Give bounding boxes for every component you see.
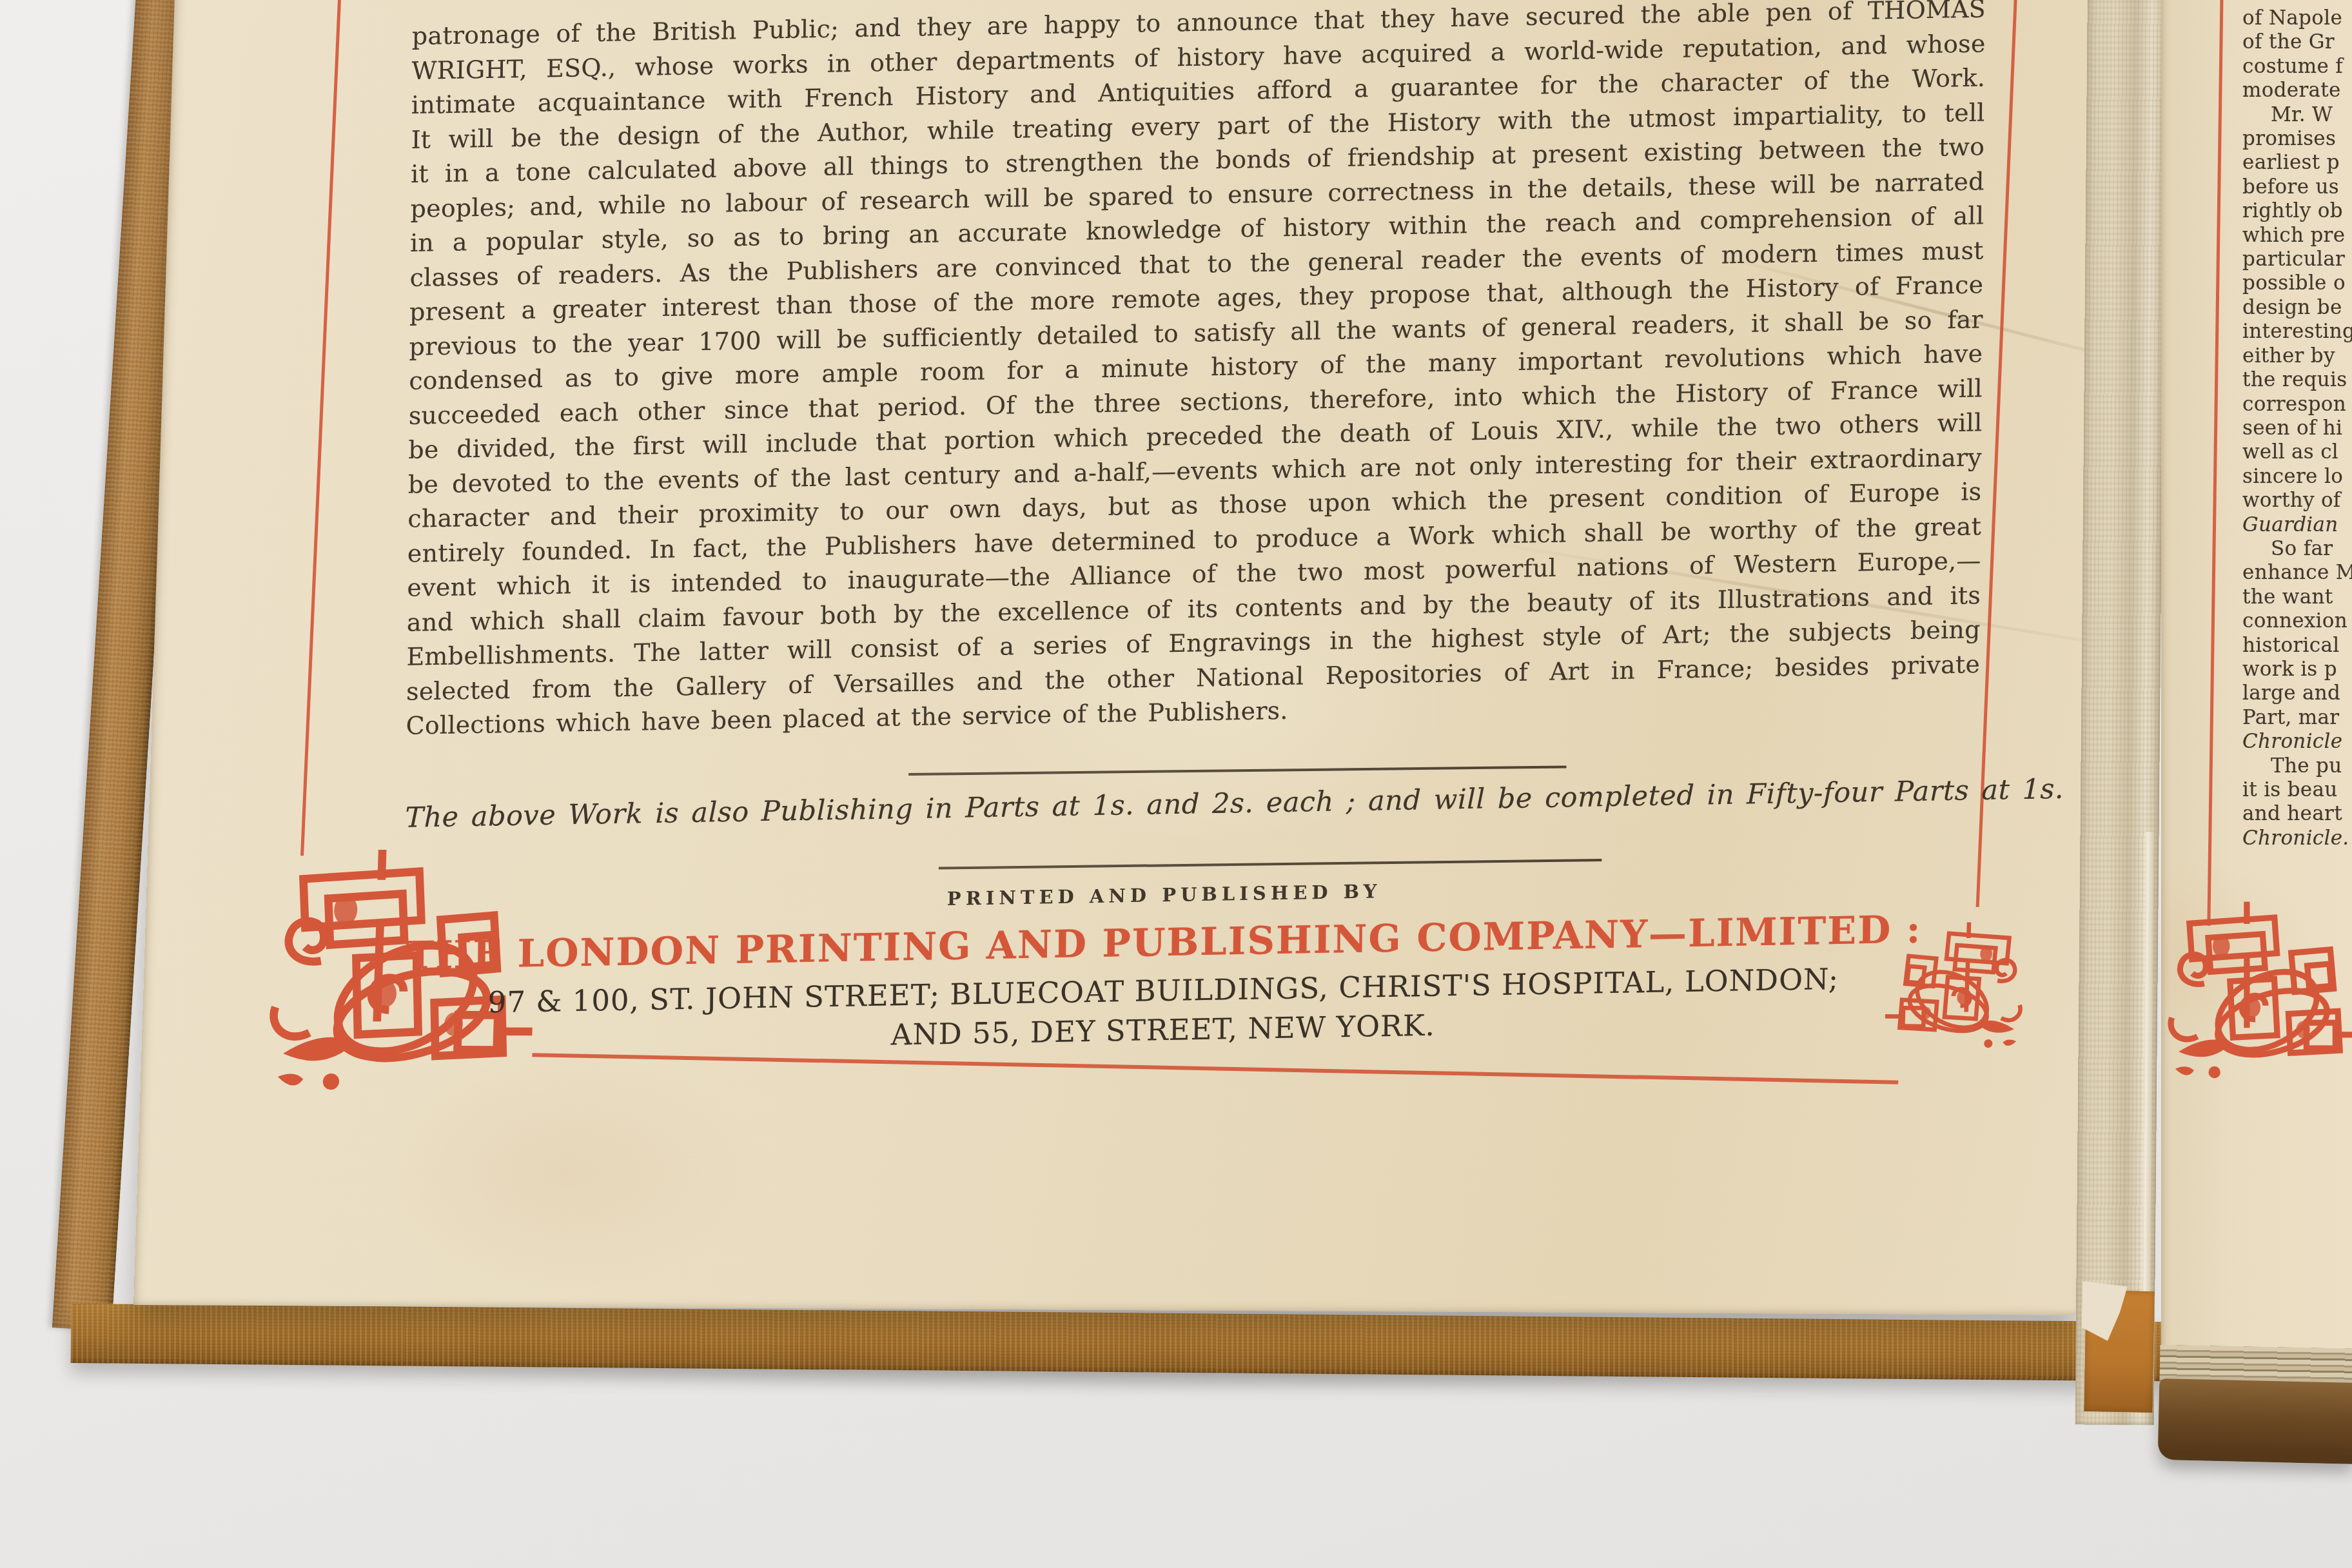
text-line: of the Gr bbox=[2242, 30, 2352, 54]
corner-ornament-right-page bbox=[2165, 894, 2352, 1097]
red-frame-left-rule-right-page bbox=[2207, 0, 2224, 926]
text-line: work is p bbox=[2242, 658, 2352, 681]
text-line: seen of hi bbox=[2242, 416, 2352, 440]
text-line: interesting bbox=[2242, 320, 2352, 344]
text-line: the want bbox=[2242, 585, 2352, 609]
prospectus-text-block: manner in which it will be illustrated, … bbox=[402, 0, 1986, 1127]
gutter-cloth-patch bbox=[2084, 1290, 2154, 1413]
text-line: sincere lo bbox=[2242, 465, 2352, 489]
text-line: The pu bbox=[2242, 754, 2352, 778]
text-line: either by bbox=[2242, 344, 2352, 368]
text-line: costume f bbox=[2242, 55, 2352, 79]
text-line: particular bbox=[2242, 248, 2352, 271]
text-line: worthy of bbox=[2242, 489, 2352, 513]
text-line: possible o bbox=[2242, 271, 2352, 295]
text-line: enhance M bbox=[2242, 561, 2352, 585]
text-line: Part, mar bbox=[2242, 706, 2352, 730]
text-line: design be bbox=[2242, 296, 2352, 320]
text-line: before us bbox=[2242, 175, 2352, 199]
publisher-imprint: PRINTED AND PUBLISHED BY THE LONDON PRIN… bbox=[376, 870, 1951, 1061]
text-line: So far bbox=[2242, 537, 2352, 561]
text-line: of Napole bbox=[2242, 6, 2352, 30]
text-line: well as cl bbox=[2242, 440, 2352, 464]
body-paragraph: patronage of the British Public; and the… bbox=[406, 0, 1986, 743]
text-line: Guardian bbox=[2242, 513, 2352, 537]
text-line: rightly ob bbox=[2242, 199, 2352, 223]
right-page-text-column: of Napoleof the Grcostume fmoderateMr. W… bbox=[2242, 6, 2352, 850]
text-line: which pre bbox=[2242, 224, 2352, 248]
text-line: the requis bbox=[2242, 368, 2352, 392]
left-page: manner in which it will be illustrated, … bbox=[133, 0, 2118, 1315]
text-line: Chronicle. bbox=[2242, 827, 2352, 850]
divider-rule-top bbox=[908, 765, 1566, 776]
text-line: earliest p bbox=[2242, 151, 2352, 175]
text-line: Chronicle bbox=[2242, 730, 2352, 754]
text-line: correspon bbox=[2242, 393, 2352, 416]
text-line: historical bbox=[2242, 634, 2352, 658]
right-page: of Napoleof the Grcostume fmoderateMr. W… bbox=[2161, 0, 2352, 1376]
text-line: large and bbox=[2242, 681, 2352, 705]
divider-rule-bottom bbox=[939, 859, 1602, 870]
red-frame-left-rule bbox=[300, 0, 343, 856]
text-line: connexion bbox=[2242, 609, 2352, 633]
text-line: Mr. W bbox=[2242, 103, 2352, 127]
book-cover-bottom-right bbox=[2158, 1378, 2352, 1464]
text-line: promises bbox=[2242, 127, 2352, 151]
text-line: it is beau bbox=[2242, 778, 2352, 802]
parts-notice-line: The above Work is also Publishing in Par… bbox=[405, 774, 1979, 834]
page-gutter-edge bbox=[2075, 0, 2166, 1425]
book-photo: manner in which it will be illustrated, … bbox=[0, 0, 2352, 1568]
text-line: moderate bbox=[2242, 79, 2352, 103]
text-line: and heart bbox=[2242, 802, 2352, 826]
